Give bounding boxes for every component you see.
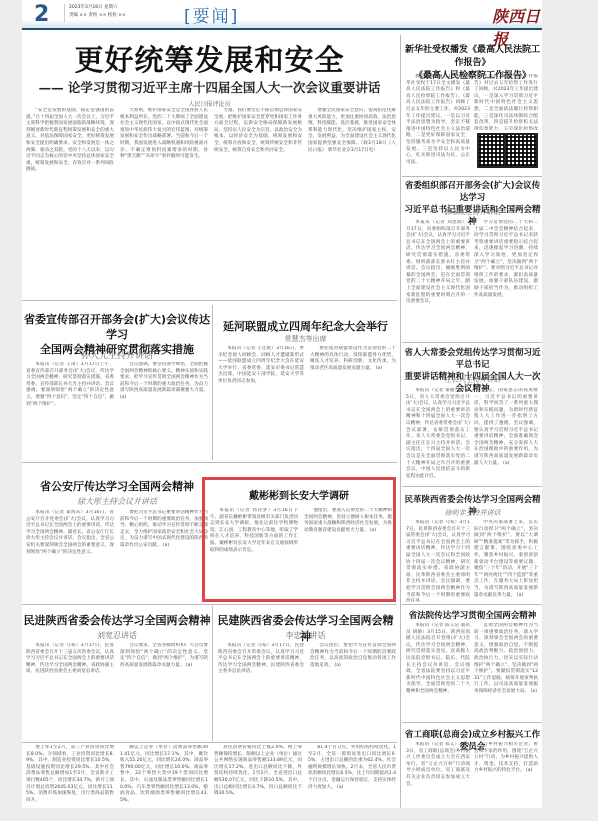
article-column: 本报讯（记者 马希）3月17日，民革陕西省委会召开十三届常委会(扩大)会议，认真…: [406, 520, 470, 602]
divider: [212, 305, 213, 460]
article-headline[interactable]: 省公安厅传达学习全国两会精神: [22, 478, 212, 494]
article-column: 中央决策部署上来，以实际行动捍卫“两个确立”，坚决做到“两个维护”。要以“大调研…: [474, 520, 538, 602]
article-column: 增上率1至2月，第三产业投资同比增长8.0%。分领域看，工业投资同比增长8.9%…: [26, 745, 114, 805]
column-divider: [400, 35, 401, 808]
article-column: 本报讯（记者 翟海宾）3月16日，省公安厅召开党委会(扩大)会议，认真学习习近平…: [26, 510, 114, 586]
article-subtitle: 庄长兴主持并讲话: [403, 375, 542, 385]
divider: [402, 722, 542, 723]
article-column: 意志，国家意志的高度统一，习近平总书记的重要讲话，科学回答了一系列重大理论和实践…: [474, 388, 538, 482]
divider: [22, 604, 397, 605]
article-subtitle: 李忠民讲话: [214, 630, 397, 641]
lead-subheadline: —— 论学习贯彻习近平主席十四届全国人大一次会议重要讲话: [22, 78, 397, 96]
editors-line: 责编 ×× 责校 ×× 校检 ××: [69, 12, 126, 20]
article-column: 额以上企业（单位）消费品零售额301.41亿元，同比增长17.1%，其中，餐饮收…: [120, 745, 208, 805]
article-column: 要把延河联盟建设作为贯彻党的二十大精神的具体行动，发挥联盟各方优势，聚焦人才培养…: [310, 346, 396, 458]
article-column: 要把习近平总书记重要讲话精神作为当前和今后一个时期的重要政治任务，加强领导、精心…: [120, 510, 208, 586]
article-headline[interactable]: 延河联盟成立四周年纪念大会举行: [214, 318, 397, 334]
lead-headline[interactable]: 更好统筹发展和安全: [22, 38, 397, 79]
masthead: 2 2023年3月18日 星期六 责编 ×× 责校 ×× 校检 ×× [要闻] …: [22, 0, 542, 28]
article-column: 《最高人民检察院工作报告》对过去五年检察工作进行了回顾，对2023年工作提出建议…: [474, 74, 538, 130]
article-column: 居民消费价格同比上涨2.0%。网上零售额保持增长。限额以上企业（单位）通过公共网…: [214, 745, 302, 805]
article-column: 81.4个百分点，外贸结构持续优化。1至2月，全省一般贸易进出口同比增长0.5%…: [308, 745, 396, 805]
qr-code-icon[interactable]: [504, 133, 538, 168]
article-subtitle: 郭永红主持并讲话: [403, 207, 542, 217]
article-column: 他指出，要深入贯彻党的二十大精神和全国两会精神，坚持立德树人根本任务，服务国家重…: [304, 508, 392, 596]
divider: [22, 462, 397, 463]
article-subtitle: 徐明非主持并讲话: [403, 508, 542, 518]
masthead-meta: 2023年3月18日 星期六 责编 ×× 责校 ×× 校检 ××: [69, 4, 126, 20]
article-subtitle: 孙大光主持并讲话: [22, 348, 212, 361]
article-column: 本报讯（记者 马希）3月17日，民建陕西省委会召开常委会议，认真学习习近平总书记…: [218, 643, 304, 739]
article-column: 新华社北京3月17日电 新华社受权于17日全文播发《最高人民法院工作报告》和《最…: [406, 74, 470, 170]
article-column: 本报讯（记者 郭诗梦）3月16日下午，副省长戴彬彬带领省级有关部门负责同志到长安…: [210, 508, 298, 596]
date-line: 2023年3月18日 星期六: [69, 4, 126, 12]
article-column: 会议强调，要坚持深学细悟，全面把握全国两会精神的核心要义、精神实质和实践要求，把…: [120, 362, 208, 458]
article-column: 会议要求，全省各级组织和广大会员要深刻领悟“两个确立”的决定性意义，坚定“四个自…: [120, 643, 208, 739]
article-headline[interactable]: 省法院传达学习贯彻全国两会精神: [403, 609, 542, 621]
section-title: [要闻]: [184, 2, 239, 27]
divider: [212, 606, 213, 741]
article-subtitle: 刘宽忍讲话: [22, 630, 212, 641]
lead-byline: 人民日报评论员: [22, 99, 397, 108]
article-subtitle: 徐大彤主持会议并讲话: [22, 496, 212, 507]
lead-column-3: 力量。我们要坚定不移贯彻总体国家安全观，把维护国家安全贯穿党和国家工作各方面全过…: [214, 108, 302, 296]
article-column: 本报讯（记者 陈玉洁 通讯员 胡静）3月15日，陕西省高级人民法院召开党组(扩大…: [406, 623, 470, 718]
masthead-rule: [22, 28, 542, 30]
lead-column-4: 增强全民国家安全意识，提高防范化解重大风险能力，更加注重协同高效、法治思维、科技…: [308, 108, 396, 296]
article-column: 本报讯（记者 郑艾）3月13日，省工商联(总商会)乡村振兴工作委员会成立大会在西…: [406, 742, 470, 804]
article-column: 本报讯（记者 刘思源）3月17日，省委组织部召开部务会(扩大)会议，认真学习习近…: [406, 220, 470, 338]
divider: [22, 742, 397, 743]
page-number: 2: [34, 2, 49, 27]
newspaper-page: 2 2023年3月18日 星期六 责编 ×× 责校 ×× 校检 ×× [要闻] …: [22, 0, 542, 808]
article-column: 贯彻全国两会精神作为当前一项重要政治任务，深入学习、深刻领会全国两会的重要意义，…: [474, 623, 538, 718]
article-column: 本报讯（记者 马希）3月17日，民进陕西省委会召开十三届五次常委会议，认真学习习…: [26, 643, 114, 739]
divider: [402, 342, 542, 343]
featured-headline[interactable]: 戴彬彬到长安大学调研: [205, 487, 393, 502]
article-column: 会议指出，要把学习宣传贯彻全国两会精神作为当前和今后一个时期的首要政治任务，以高…: [310, 643, 396, 739]
masthead-divider: [64, 4, 65, 22]
article-column: 与乡村振兴相关企业、协会和专家的作用，围绕“万企兴万村”行动，为乡村振兴提供人才…: [474, 742, 538, 804]
lead-column-1: “安全是发展的基础，稳定是强国的前提。”在十四届全国人大一次会议上，习近平主席科…: [26, 108, 114, 296]
divider: [402, 486, 542, 487]
article-column: 本报讯（记者 王佳妮）3月16日，季羊纪念观人回顾会、回顾人才遭谴新形式——延河…: [218, 346, 304, 458]
article-column: 本报讯（记者 王岗）3月17日上午，省委宣传部召开部务会(扩大)会议，传达学习全…: [26, 362, 114, 458]
divider: [402, 604, 542, 605]
lead-column-2: 大原则，维护国家安全是全国各族人民根本利益所在。党的二十大擘画了全面建设社会主义…: [120, 108, 208, 296]
divider: [402, 176, 542, 177]
divider: [22, 300, 397, 301]
article-subtitle: 常慧杰等出席: [214, 334, 397, 344]
article-column: 本报讯（记者 秦媛）3月15日，省人大常委会党组召开(扩大)会议，认真学习习近平…: [406, 388, 470, 482]
article-column: 学习贯彻党的二十大和二十届二中全会精神结合起来，同学习贯彻习近平总书记来陕考察重…: [474, 220, 538, 338]
article-headline[interactable]: 民进陕西省委会传达学习全国两会精神: [22, 612, 212, 628]
